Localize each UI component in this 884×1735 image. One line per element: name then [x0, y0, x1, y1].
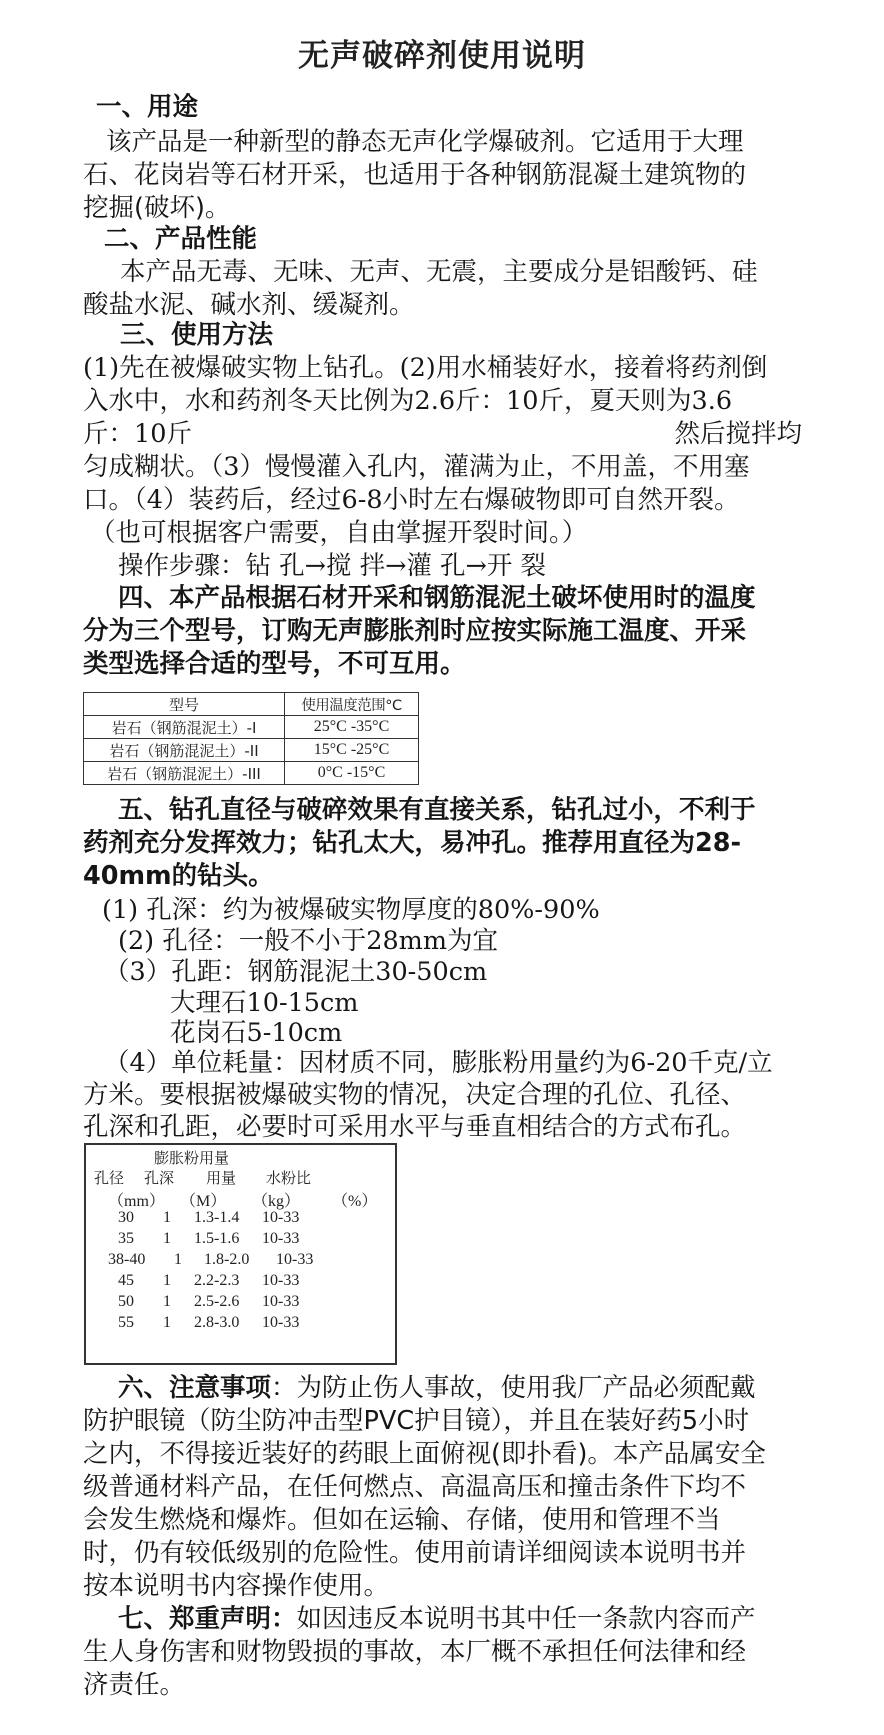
- model-temperature-table: 型号 使用温度范围°C 岩石（钢筋混泥土）-I 25°C -35°C 岩石（钢筋…: [83, 692, 419, 785]
- section-6-heading: 六、注意事项: [118, 1373, 271, 1403]
- section-6-line: 之内，不得接近装好的药眼上面俯视(即扑看)。本产品属安全: [83, 1437, 766, 1471]
- section-4-line: 四、本产品根据石材开采和钢筋混泥土破坏使用时的温度: [118, 581, 756, 615]
- section-5-item: 花岗石5-10cm: [170, 1016, 342, 1050]
- section-3-line: 口。（4）装药后，经过6-8小时左右爆破物即可自然开裂。: [83, 483, 740, 517]
- table-header-row: 型号 使用温度范围°C: [84, 693, 419, 716]
- table-cell: 10-33: [262, 1293, 299, 1311]
- table-cell: 25°C -35°C: [285, 716, 419, 739]
- section-7-heading: 七、郑重声明：: [118, 1604, 297, 1634]
- section-6-line: 级普通材料产品，在任何燃点、高温高压和撞击条件下均不: [83, 1470, 746, 1504]
- section-1-line: 该产品是一种新型的静态无声化学爆破剂。它适用于大理: [106, 125, 744, 159]
- table-cell: 55: [118, 1314, 134, 1332]
- table-cell: 岩石（钢筋混泥土）-III: [84, 762, 285, 785]
- section-6-line: 时，仍有较低级别的危险性。使用前请详细阅读本说明书并: [83, 1536, 746, 1570]
- section-2-line: 本产品无毒、无味、无声、无震，主要成分是铝酸钙、硅: [120, 255, 758, 289]
- table-cell: 10-33: [276, 1251, 313, 1269]
- section-3-line-right: 然后搅拌均: [674, 417, 802, 451]
- section-3-line: (1)先在被爆破实物上钻孔。(2)用水桶装好水，接着将药剂倒: [83, 351, 767, 385]
- section-5-line: 五、钻孔直径与破碎效果有直接关系，钻孔过小，不利于: [118, 793, 756, 827]
- section-7-line: 七、郑重声明：如因违反本说明书其中任一条款内容而产: [118, 1602, 756, 1636]
- table-unit: （mm）: [108, 1188, 165, 1211]
- table-unit: （M）: [180, 1188, 226, 1211]
- table-cell: 45: [118, 1272, 134, 1290]
- section-3-heading: 三、使用方法: [120, 318, 273, 352]
- table-header: 用量: [206, 1167, 236, 1188]
- table-cell: 1: [163, 1209, 171, 1227]
- table-unit: （kg）: [252, 1188, 300, 1211]
- section-3-line: 入水中，水和药剂冬天比例为2.6斤：10斤，夏天则为3.6: [83, 384, 732, 418]
- table-cell: 1.3-1.4: [194, 1209, 239, 1227]
- section-5-item: (2) 孔径：一般不小于28mm为宜: [118, 924, 498, 958]
- section-1-line: 挖掘(破坏)。: [83, 191, 230, 225]
- section-2-line: 酸盐水泥、碱水剂、缓凝剂。: [83, 288, 415, 322]
- table-cell: 10-33: [262, 1272, 299, 1290]
- section-2-heading: 二、产品性能: [104, 222, 257, 256]
- section-4-line: 分为三个型号，订购无声膨胀剂时应按实际施工温度、开采: [83, 614, 746, 648]
- section-5-item: 孔深和孔距，必要时可采用水平与垂直相结合的方式布孔。: [83, 1110, 746, 1144]
- table-cell: 1: [163, 1272, 171, 1290]
- table-cell: 10-33: [262, 1209, 299, 1227]
- table-header: 孔径: [94, 1167, 124, 1188]
- table-row: 岩石（钢筋混泥土）-I 25°C -35°C: [84, 716, 419, 739]
- section-6-text: ：为防止伤人事故，使用我厂产品必须配戴: [271, 1373, 756, 1403]
- table-cell: 2.8-3.0: [194, 1314, 239, 1332]
- section-5-item: 大理石10-15cm: [170, 986, 358, 1020]
- table-cell: 10-33: [262, 1230, 299, 1248]
- table-cell: 38-40: [108, 1251, 145, 1269]
- table-header: 型号: [84, 693, 285, 716]
- table-header: 水粉比: [266, 1167, 311, 1188]
- section-3-line: 斤：10斤: [83, 417, 192, 451]
- table-cell: 0°C -15°C: [285, 762, 419, 785]
- instruction-document: 无声破碎剂使用说明 一、用途 该产品是一种新型的静态无声化学爆破剂。它适用于大理…: [0, 0, 884, 1735]
- table-cell: 1: [163, 1230, 171, 1248]
- section-5-line: 药剂充分发挥效力；钻孔太大，易冲孔。推荐用直径为28-: [83, 826, 741, 860]
- section-5-item: 方米。要根据被爆破实物的情况，决定合理的孔位、孔径、: [83, 1078, 746, 1112]
- table-cell: 1.8-2.0: [204, 1251, 249, 1269]
- table-cell: 2.2-2.3: [194, 1272, 239, 1290]
- section-5-item: （4）单位耗量：因材质不同，膨胀粉用量约为6-20千克/立: [104, 1046, 773, 1080]
- table-cell: 2.5-2.6: [194, 1293, 239, 1311]
- section-1-heading: 一、用途: [96, 90, 198, 124]
- table-row: 岩石（钢筋混泥土）-III 0°C -15°C: [84, 762, 419, 785]
- table-cell: 1: [174, 1251, 182, 1269]
- table-cell: 1.5-1.6: [194, 1230, 239, 1248]
- table-cell: 15°C -25°C: [285, 739, 419, 762]
- table-cell: 1: [163, 1314, 171, 1332]
- table-cell: 岩石（钢筋混泥土）-I: [84, 716, 285, 739]
- section-5-line: 40mm的钻头。: [83, 859, 274, 893]
- document-title: 无声破碎剂使用说明: [0, 30, 884, 75]
- table-cell: 30: [118, 1209, 134, 1227]
- section-6-line: 按本说明书内容操作使用。: [83, 1569, 389, 1603]
- section-3-line: 匀成糊状。（3）慢慢灌入孔内，灌满为止，不用盖，不用塞: [83, 450, 749, 484]
- section-1-line: 石、花岗岩等石材开采，也适用于各种钢筋混凝土建筑物的: [83, 158, 746, 192]
- table-row: 岩石（钢筋混泥土）-II 15°C -25°C: [84, 739, 419, 762]
- section-6-line: 防护眼镜（防尘防冲击型PVC护目镜），并且在装好药5小时: [83, 1404, 749, 1438]
- table-unit: （%）: [332, 1188, 377, 1211]
- section-7-text: 如因违反本说明书其中任一条款内容而产: [297, 1604, 756, 1634]
- section-6-line: 六、注意事项：为防止伤人事故，使用我厂产品必须配戴: [118, 1371, 756, 1405]
- section-3-line: （也可根据客户需要，自由掌握开裂时间。）: [90, 516, 587, 550]
- section-7-line: 生人身伤害和财物毁损的事故，本厂概不承担任何法律和经: [83, 1635, 746, 1669]
- section-7-line: 济责任。: [83, 1668, 185, 1702]
- section-6-line: 会发生燃烧和爆炸。但如在运输、存储，使用和管理不当: [83, 1503, 721, 1537]
- operation-steps: 操作步骤：钻 孔→搅 拌→灌 孔→开 裂: [118, 549, 546, 583]
- table-cell: 35: [118, 1230, 134, 1248]
- table-header: 孔深: [144, 1167, 174, 1188]
- powder-usage-table: 膨胀粉用量 孔径 孔深 用量 水粉比 （mm） （M） （kg） （%） 30 …: [84, 1143, 397, 1365]
- table-cell: 1: [163, 1293, 171, 1311]
- table-cell: 10-33: [262, 1314, 299, 1332]
- section-5-item: （3）孔距：钢筋混泥土30-50cm: [104, 955, 487, 989]
- table-caption: 膨胀粉用量: [154, 1147, 229, 1168]
- table-cell: 岩石（钢筋混泥土）-II: [84, 739, 285, 762]
- table-cell: 50: [118, 1293, 134, 1311]
- section-4-line: 类型选择合适的型号，不可互用。: [83, 647, 466, 681]
- table-header: 使用温度范围°C: [285, 693, 419, 716]
- section-5-item: (1) 孔深：约为被爆破实物厚度的80%-90%: [102, 893, 600, 927]
